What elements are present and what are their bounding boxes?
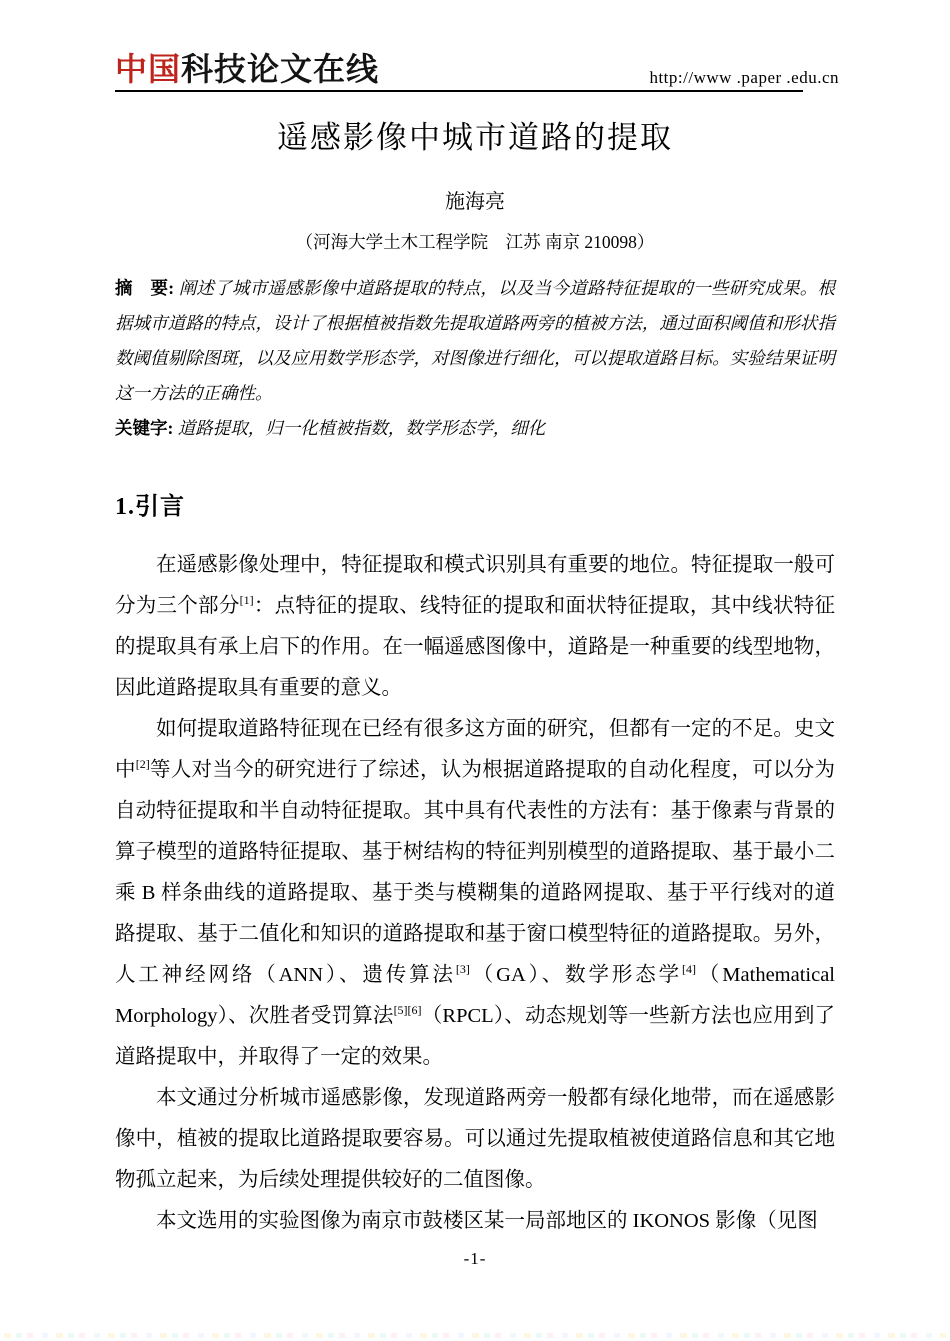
abstract-text: 阐述了城市遥感影像中道路提取的特点，以及当今道路特征提取的一些研究成果。根据城市… <box>115 278 835 403</box>
site-logo: 中国科技论文在线 <box>115 53 379 85</box>
header-divider <box>115 90 803 92</box>
paragraph-feature-extraction: 在遥感影像处理中，特征提取和模式识别具有重要的地位。特征提取一般可分为三个部分[… <box>115 545 835 709</box>
watermark-strip <box>4 1333 946 1338</box>
logo-text-china: 中国 <box>115 50 181 88</box>
site-header: 中国科技论文在线 http://www .paper .edu.cn <box>115 44 837 92</box>
keywords-label: 关键字: <box>115 418 173 438</box>
logo-text-paper-online: 科技论文在线 <box>181 50 379 88</box>
paragraph-related-work: 如何提取道路特征现在已经有很多这方面的研究，但都有一定的不足。史文中[2]等人对… <box>115 709 835 1078</box>
author-affiliation: （河海大学土木工程学院 江苏 南京 210098） <box>115 229 835 254</box>
keywords-text: 道路提取，归一化植被指数，数学形态学，细化 <box>178 418 546 438</box>
page-number: -1- <box>0 1249 950 1269</box>
paragraph-experiment-image: 本文选用的实验图像为南京市鼓楼区某一局部地区的 IKONOS 影像（见图 <box>115 1201 835 1242</box>
paper-body: 遥感影像中城市道路的提取 施海亮 （河海大学土木工程学院 江苏 南京 21009… <box>0 0 950 1242</box>
document-page: 中国科技论文在线 http://www .paper .edu.cn 遥感影像中… <box>0 0 950 1341</box>
abstract-label: 摘 要: <box>115 278 174 298</box>
abstract-block: 摘 要: 阐述了城市遥感影像中道路提取的特点，以及当今道路特征提取的一些研究成果… <box>115 271 835 411</box>
site-url-link[interactable]: http://www .paper .edu.cn <box>649 68 839 88</box>
author-name: 施海亮 <box>115 185 835 214</box>
paragraph-method-idea: 本文通过分析城市遥感影像，发现道路两旁一般都有绿化地带，而在遥感影像中，植被的提… <box>115 1078 835 1201</box>
keywords-block: 关键字: 道路提取，归一化植被指数，数学形态学，细化 <box>115 411 835 446</box>
paper-title: 遥感影像中城市道路的提取 <box>115 116 835 159</box>
section-heading-introduction: 1.引言 <box>115 486 835 521</box>
